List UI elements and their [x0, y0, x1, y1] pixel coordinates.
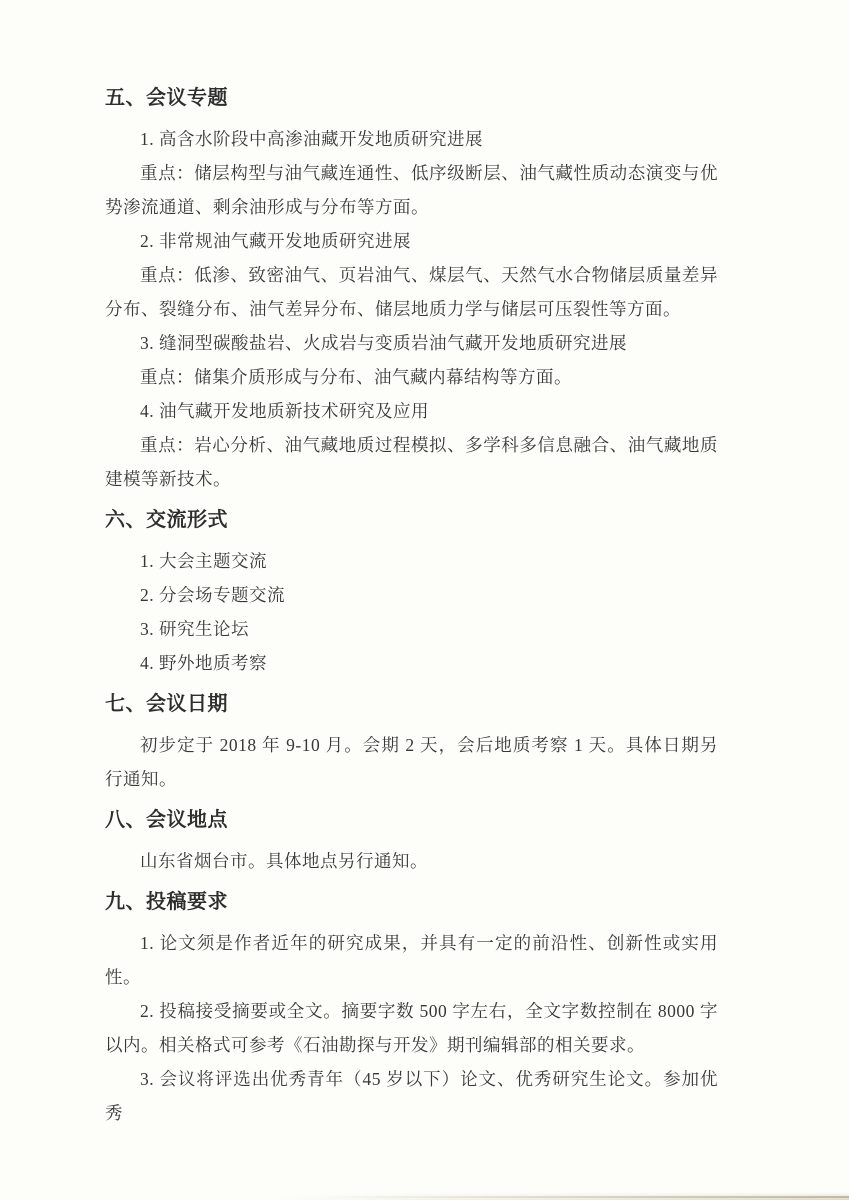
paragraph: 3. 缝洞型碳酸盐岩、火成岩与变质岩油气藏开发地质研究进展	[105, 326, 718, 360]
paragraph: 重点：低渗、致密油气、页岩油气、煤层气、天然气水合物储层质量差异分布、裂缝分布、…	[105, 258, 718, 326]
scan-bottom-edge-line	[320, 1196, 849, 1198]
paragraph: 4. 油气藏开发地质新技术研究及应用	[105, 394, 718, 428]
paragraph: 2. 投稿接受摘要或全文。摘要字数 500 字左右，全文字数控制在 8000 字…	[105, 994, 718, 1062]
section-meeting-location: 八、会议地点 山东省烟台市。具体地点另行通知。	[105, 806, 718, 878]
paragraph: 2. 非常规油气藏开发地质研究进展	[105, 224, 718, 258]
paragraph: 1. 大会主题交流	[105, 544, 718, 578]
section-heading: 六、交流形式	[105, 506, 718, 534]
scanned-document-page: 五、会议专题 1. 高含水阶段中高渗油藏开发地质研究进展 重点：储层构型与油气藏…	[0, 0, 849, 1200]
section-heading: 五、会议专题	[105, 84, 718, 112]
paragraph: 重点：岩心分析、油气藏地质过程模拟、多学科多信息融合、油气藏地质建模等新技术。	[105, 428, 718, 496]
document-content: 五、会议专题 1. 高含水阶段中高渗油藏开发地质研究进展 重点：储层构型与油气藏…	[105, 84, 718, 1130]
section-heading: 九、投稿要求	[105, 888, 718, 916]
paragraph: 4. 野外地质考察	[105, 646, 718, 680]
section-meeting-topics: 五、会议专题 1. 高含水阶段中高渗油藏开发地质研究进展 重点：储层构型与油气藏…	[105, 84, 718, 496]
section-meeting-date: 七、会议日期 初步定于 2018 年 9-10 月。会期 2 天，会后地质考察 …	[105, 690, 718, 796]
paragraph: 1. 论文须是作者近年的研究成果，并具有一定的前沿性、创新性或实用性。	[105, 926, 718, 994]
section-heading: 八、会议地点	[105, 806, 718, 834]
paragraph: 1. 高含水阶段中高渗油藏开发地质研究进展	[105, 122, 718, 156]
paragraph: 重点：储层构型与油气藏连通性、低序级断层、油气藏性质动态演变与优势渗流通道、剩余…	[105, 156, 718, 224]
paragraph: 3. 会议将评选出优秀青年（45 岁以下）论文、优秀研究生论文。参加优秀	[105, 1062, 718, 1130]
paragraph: 初步定于 2018 年 9-10 月。会期 2 天，会后地质考察 1 天。具体日…	[105, 728, 718, 796]
paragraph: 重点：储集介质形成与分布、油气藏内幕结构等方面。	[105, 360, 718, 394]
section-exchange-formats: 六、交流形式 1. 大会主题交流 2. 分会场专题交流 3. 研究生论坛 4. …	[105, 506, 718, 680]
paragraph: 山东省烟台市。具体地点另行通知。	[105, 844, 718, 878]
section-submission-requirements: 九、投稿要求 1. 论文须是作者近年的研究成果，并具有一定的前沿性、创新性或实用…	[105, 888, 718, 1130]
paragraph: 2. 分会场专题交流	[105, 578, 718, 612]
section-heading: 七、会议日期	[105, 690, 718, 718]
paragraph: 3. 研究生论坛	[105, 612, 718, 646]
